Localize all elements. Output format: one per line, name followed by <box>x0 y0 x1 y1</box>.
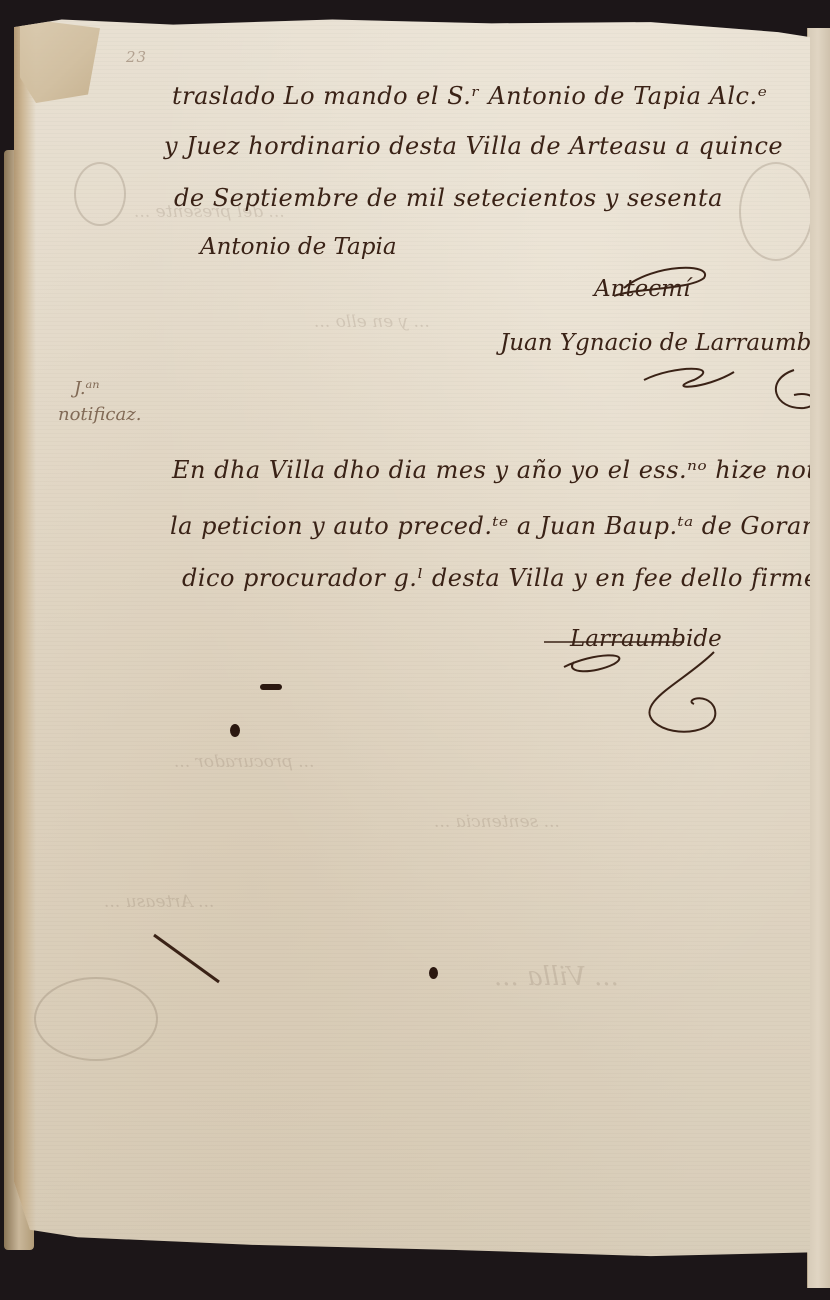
text-line: la peticion y auto preced.ᵗᵉ a Juan Baup… <box>170 512 830 540</box>
torn-corner <box>20 18 100 103</box>
bleed-through-rubric <box>739 162 813 261</box>
rubric-flourish-icon <box>594 258 734 298</box>
manuscript-scan: 23 ... del presente ... ... y en ello ..… <box>0 0 830 1300</box>
bleed-through-rubric <box>34 977 158 1061</box>
text-line: de Septiembre de mil setecientos y sesen… <box>174 184 723 212</box>
rubric-flourish-icon <box>634 350 830 420</box>
bleed-through-text: ... y en ello ... <box>314 312 430 332</box>
bleed-through-rubric <box>74 162 126 226</box>
signature-antonio-de-tapia: Antonio de Tapia <box>200 234 397 260</box>
text-line: dico procurador g.ˡ desta Villa y en fee… <box>182 564 819 592</box>
bleed-through-text: ... sentencia ... <box>434 812 560 832</box>
text-line: y Juez hordinario desta Villa de Arteasu… <box>164 132 783 160</box>
text-line: traslado Lo mando el S.ʳ Antonio de Tapi… <box>172 82 767 110</box>
rubric-flourish-icon <box>534 612 734 742</box>
bleed-through-text: ... Arteasu ... <box>104 892 214 912</box>
edge-stain <box>14 12 36 1270</box>
bleed-through-text: ... procurador ... <box>174 752 314 772</box>
ink-blot <box>429 967 438 979</box>
ink-blot <box>260 684 282 690</box>
margin-note-line: notificaz. <box>58 404 141 425</box>
text-line: En dha Villa dho dia mes y año yo el ess… <box>172 456 830 484</box>
manuscript-page: 23 ... del presente ... ... y en ello ..… <box>14 12 810 1270</box>
bleed-through-text: ... Villa ... <box>494 962 619 992</box>
ink-blot <box>230 724 240 737</box>
ink-stroke <box>149 930 229 990</box>
binding-strip-right <box>807 28 830 1288</box>
margin-note-line: J.ᵃⁿ <box>74 378 100 399</box>
folio-number: 23 <box>126 48 147 66</box>
